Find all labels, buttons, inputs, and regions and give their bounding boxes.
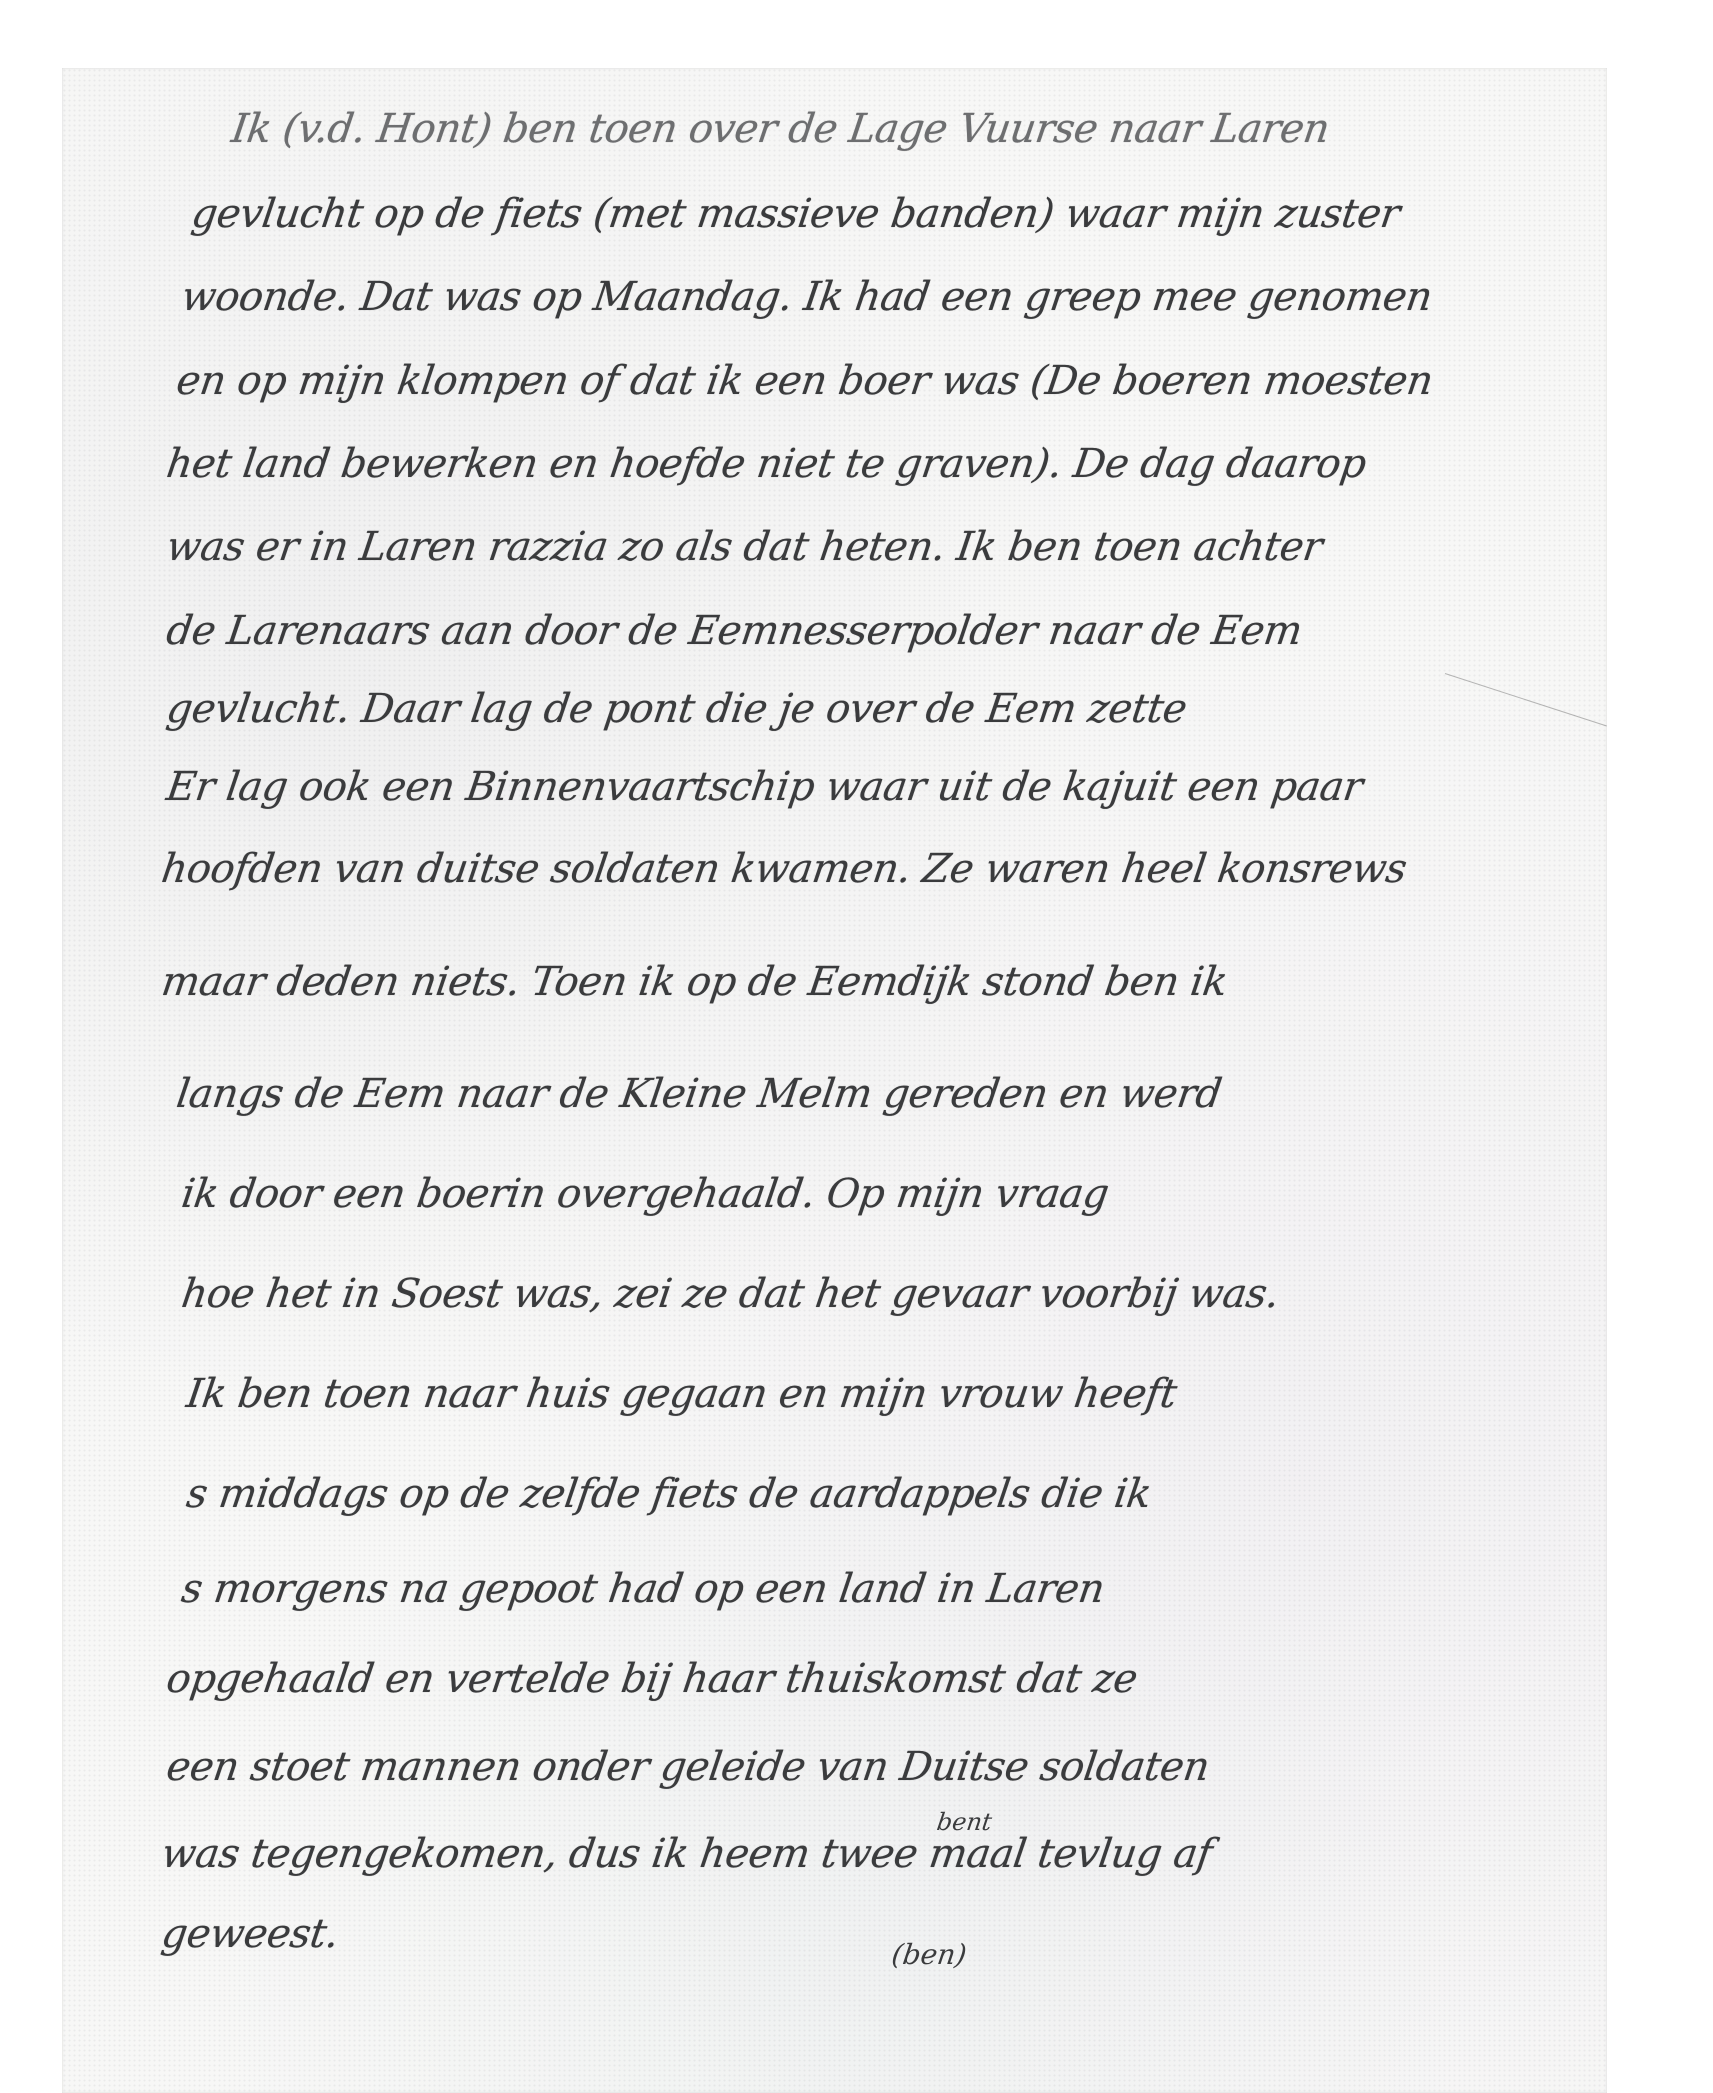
text-line: de Larenaars aan door de Eemnesserpolder… xyxy=(164,608,1305,654)
text-line: het land bewerken en hoefde niet te grav… xyxy=(164,441,1369,487)
text-line: Er lag ook een Binnenvaartschip waar uit… xyxy=(164,764,1366,810)
text-line: en op mijn klompen of dat ik een boer wa… xyxy=(174,358,1436,404)
text-line: ik door een boerin overgehaald. Op mijn … xyxy=(179,1171,1112,1217)
text-line: opgehaald en vertelde bij haar thuiskoms… xyxy=(164,1656,1140,1702)
text-line: s morgens na gepoot had op een land in L… xyxy=(179,1566,1107,1612)
letter-page: Ik (v.d. Hont) ben toen over de Lage Vuu… xyxy=(62,68,1607,2093)
paper-crease xyxy=(1445,673,1607,726)
text-line: woonde. Dat was op Maandag. Ik had een g… xyxy=(179,274,1435,320)
bracketed-correction: (ben) xyxy=(890,1938,969,1971)
text-line: gevlucht. Daar lag de pont die je over d… xyxy=(164,686,1190,732)
text-line: was er in Laren razzia zo als dat heten.… xyxy=(164,524,1325,570)
text-line: langs de Eem naar de Kleine Melm gereden… xyxy=(174,1071,1224,1117)
text-line: hoofden van duitse soldaten kwamen. Ze w… xyxy=(159,846,1410,892)
text-line: Ik ben toen naar huis gegaan en mijn vro… xyxy=(184,1371,1179,1417)
text-line: Ik (v.d. Hont) ben toen over de Lage Vuu… xyxy=(229,106,1332,152)
text-line: was tegengekomen, dus ik heem twee maal … xyxy=(159,1831,1215,1877)
text-line: maar deden niets. Toen ik op de Eemdijk … xyxy=(159,959,1230,1005)
text-line: s middags op de zelfde fiets de aardappe… xyxy=(184,1471,1154,1517)
text-line: gevlucht op de fiets (met massieve bande… xyxy=(189,191,1403,237)
interlinear-insertion: bent xyxy=(935,1808,994,1836)
text-line: een stoet mannen onder geleide van Duits… xyxy=(164,1744,1212,1790)
text-line: hoe het in Soest was, zei ze dat het gev… xyxy=(179,1271,1282,1317)
text-line: geweest. xyxy=(159,1911,342,1957)
